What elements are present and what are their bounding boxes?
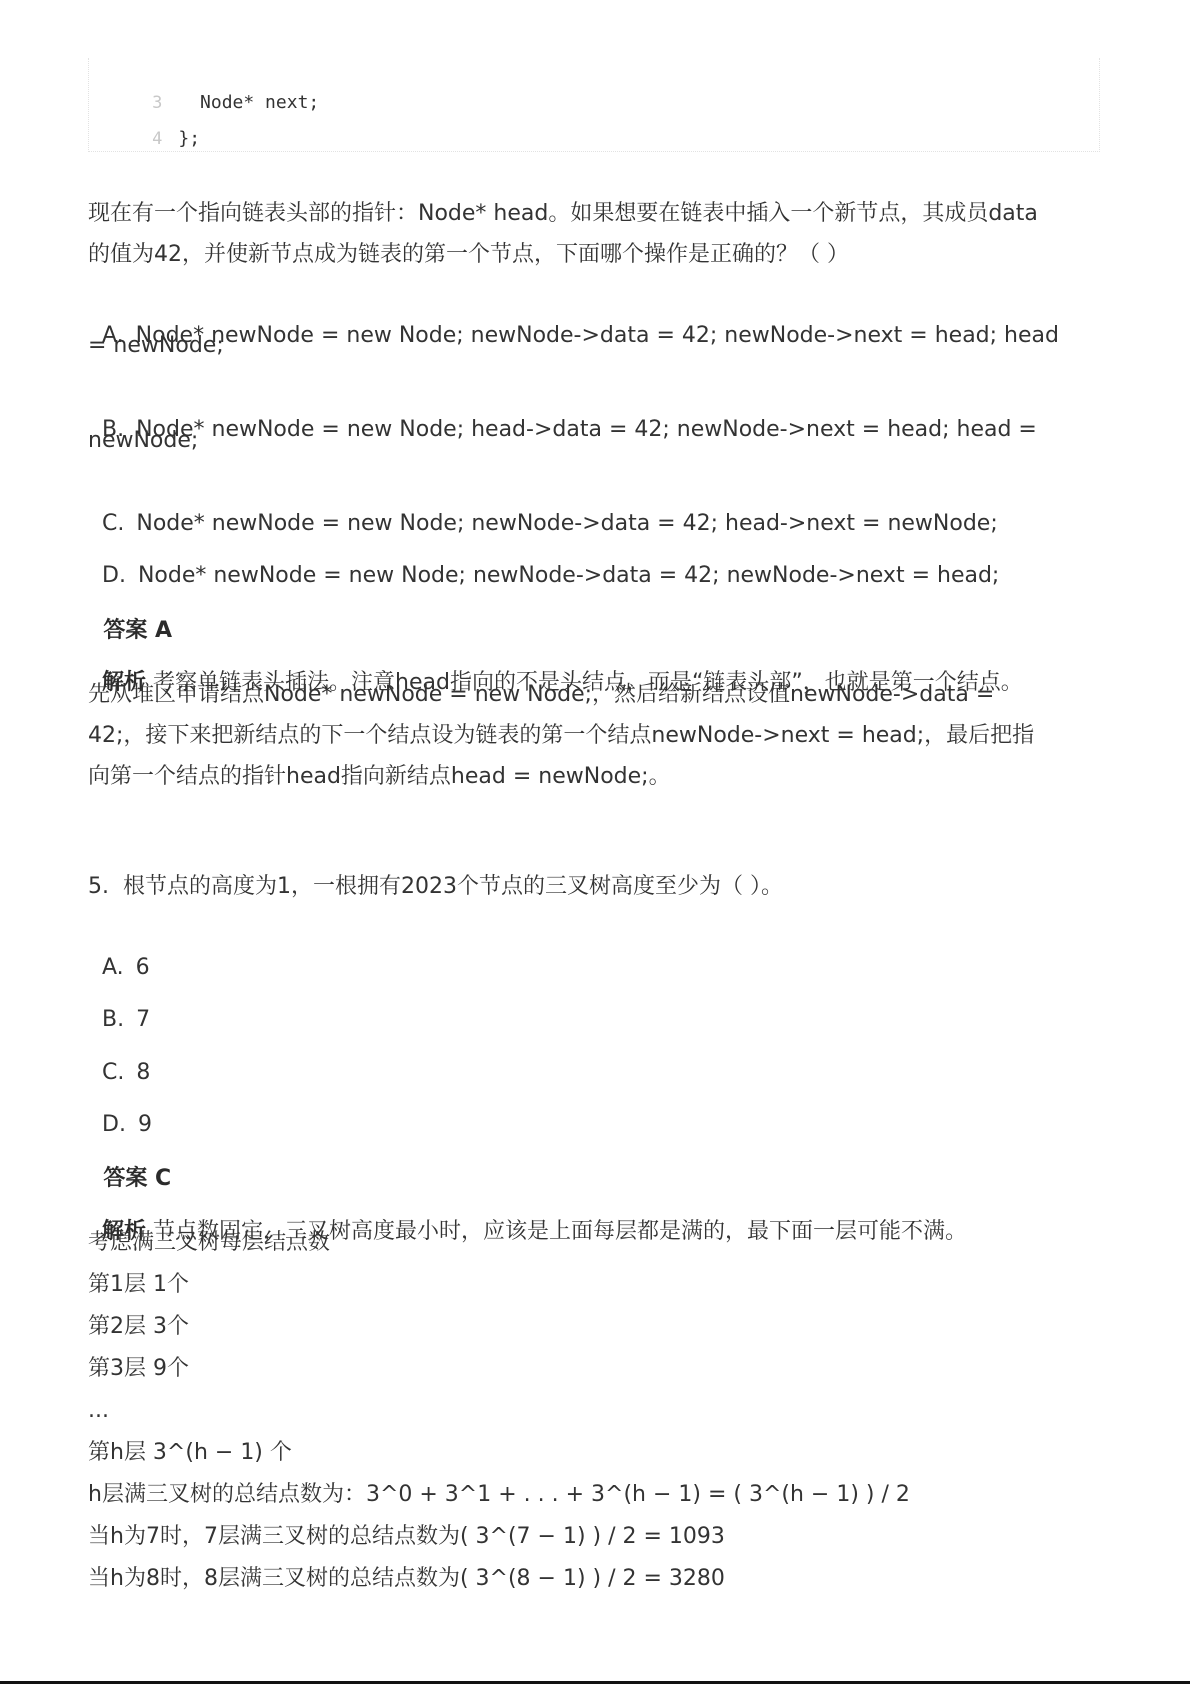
question-5-option-a[interactable]: A.6 — [88, 923, 150, 983]
code-line: 4}; — [89, 94, 200, 124]
option-text: Node* newNode = new Node; newNode->data … — [138, 563, 999, 588]
question-4-option-c[interactable]: C.Node* newNode = new Node; newNode->dat… — [88, 479, 998, 539]
analysis-line: 第3层 9个 — [88, 1354, 189, 1384]
question-4-option-b[interactable]: B.Node* newNode = new Node; head->data =… — [88, 385, 1037, 445]
analysis-line: 考虑满三叉树每层结点数 — [88, 1228, 330, 1258]
question-4-analysis-line-3: 42;，接下来把新结点的下一个结点设为链表的第一个结点newNode->next… — [88, 721, 1034, 751]
analysis-line: 第2层 3个 — [88, 1312, 189, 1342]
analysis-line: ... — [88, 1396, 109, 1426]
question-4-analysis-line-2: 先从堆区申请结点Node* newNode = new Node;，然后给新结点… — [88, 680, 994, 710]
question-4-stem-line-2: 的值为42，并使新节点成为链表的第一个节点，下面哪个操作是正确的？（ ） — [88, 240, 849, 270]
question-4-analysis-line-4: 向第一个结点的指针head指向新结点head = newNode;。 — [88, 762, 671, 792]
question-4-answer: 答案 A — [88, 586, 172, 646]
question-5-option-d[interactable]: D.9 — [88, 1080, 152, 1140]
question-5-option-b[interactable]: B.7 — [88, 975, 150, 1035]
option-text: Node* newNode = new Node; head->data = 4… — [136, 417, 1037, 442]
analysis-line: 第1层 1个 — [88, 1270, 189, 1300]
question-4-option-b-cont: newNode; — [88, 426, 198, 456]
question-4-option-d[interactable]: D.Node* newNode = new Node; newNode->dat… — [88, 531, 999, 591]
question-5-option-c[interactable]: C.8 — [88, 1028, 150, 1088]
code-line: 3 Node* next; — [89, 58, 319, 88]
question-5-stem: 5. 根节点的高度为1，一根拥有2023个节点的三叉树高度至少为（ ）。 — [88, 872, 783, 902]
analysis-line: 第h层 3^(h − 1) 个 — [88, 1438, 292, 1468]
option-label: D. — [102, 563, 126, 588]
question-4-option-a[interactable]: A.Node* newNode = new Node; newNode->dat… — [88, 291, 1059, 351]
analysis-line: 当h为8时，8层满三叉树的总结点数为( 3^(8 − 1) ) / 2 = 32… — [88, 1564, 725, 1594]
question-4-stem-line-1: 现在有一个指向链表头部的指针：Node* head。如果想要在链表中插入一个新节… — [88, 199, 1102, 229]
question-5-answer: 答案 C — [88, 1134, 171, 1194]
code-text: }; — [178, 128, 200, 149]
option-text: Node* newNode = new Node; newNode->data … — [136, 323, 1059, 348]
question-4-option-a-cont: = newNode; — [88, 331, 224, 361]
line-number: 4 — [132, 124, 162, 154]
analysis-line: h层满三叉树的总结点数为：3^0 + 3^1 + . . . + 3^(h − … — [88, 1480, 910, 1510]
code-block: 3 Node* next; 4}; — [88, 58, 1100, 152]
analysis-line: 当h为7时，7层满三叉树的总结点数为( 3^(7 − 1) ) / 2 = 10… — [88, 1522, 725, 1552]
